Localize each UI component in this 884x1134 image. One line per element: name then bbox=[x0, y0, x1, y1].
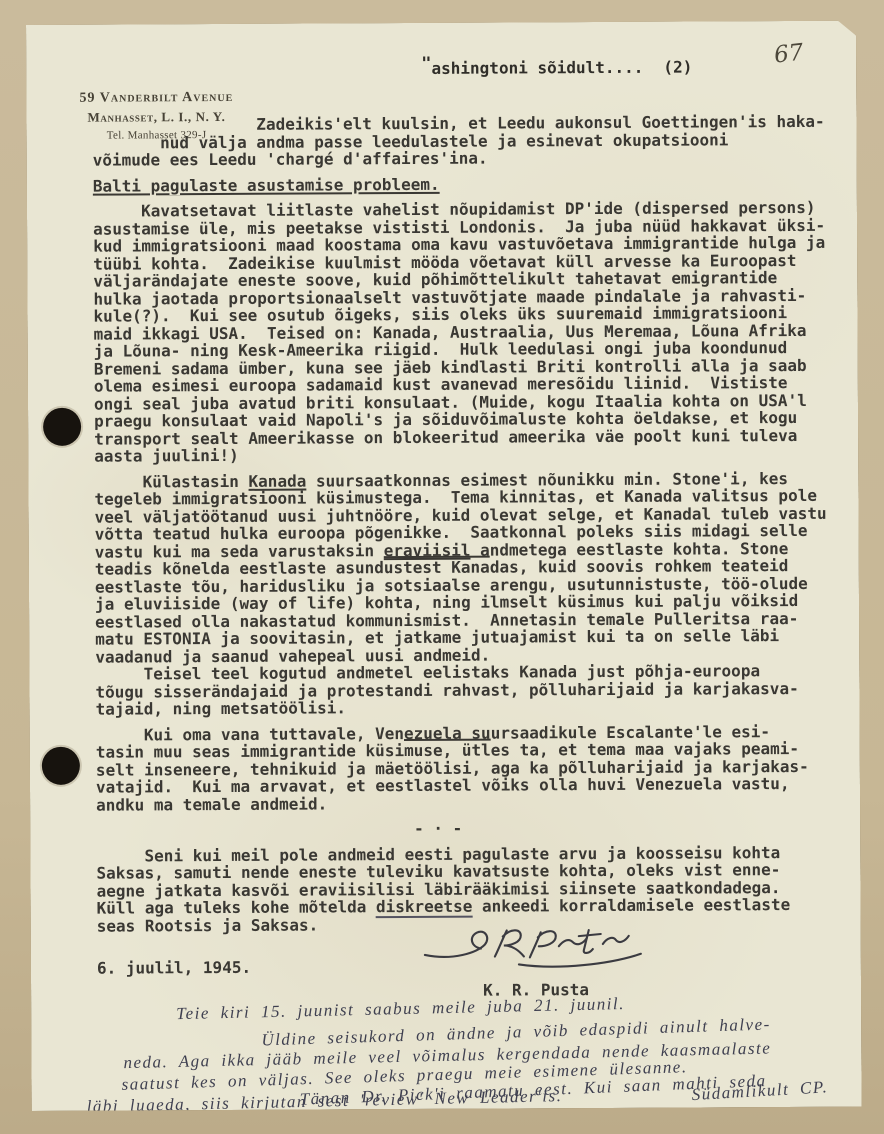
header-page-number: (2) bbox=[663, 58, 692, 77]
hole-punch-top bbox=[43, 408, 81, 446]
handwriting-line: Teie kiri 15. juunist saabus meile juba … bbox=[176, 994, 625, 1024]
typed-line: transport sealt Ameerikasse on blokeerit… bbox=[94, 426, 846, 447]
letterhead-address-line1: 59 Vanderbilt Avenue bbox=[56, 90, 256, 107]
header-w-overstrike: " bbox=[421, 54, 431, 74]
page-number-annotation: 67 bbox=[773, 39, 805, 68]
signature-handwritten bbox=[419, 916, 647, 979]
doc-header: "ashingtoni sõidult....(2) bbox=[421, 58, 692, 79]
typed-line: Küll aga tuleks kohe mõtelda diskreetse … bbox=[97, 896, 849, 917]
typed-body: Zadeikis'elt kuulsin, et Leedu aukonsul … bbox=[92, 113, 848, 935]
typed-line: vatajid. Kui ma arvavat, et eestlastel v… bbox=[96, 775, 848, 796]
document-page: 67 "ashingtoni sõidult....(2) 59 Vanderb… bbox=[26, 21, 862, 1111]
hole-punch-bottom bbox=[42, 747, 80, 785]
background-mat: { "annotation": { "page_number_pencil": … bbox=[0, 0, 884, 1134]
date-line: 6. juulil, 1945. bbox=[97, 958, 251, 978]
typed-line: tõugu sisserändajaid ja protestandi rahv… bbox=[95, 679, 847, 700]
header-title: ashingtoni sõidult.... bbox=[431, 58, 643, 78]
